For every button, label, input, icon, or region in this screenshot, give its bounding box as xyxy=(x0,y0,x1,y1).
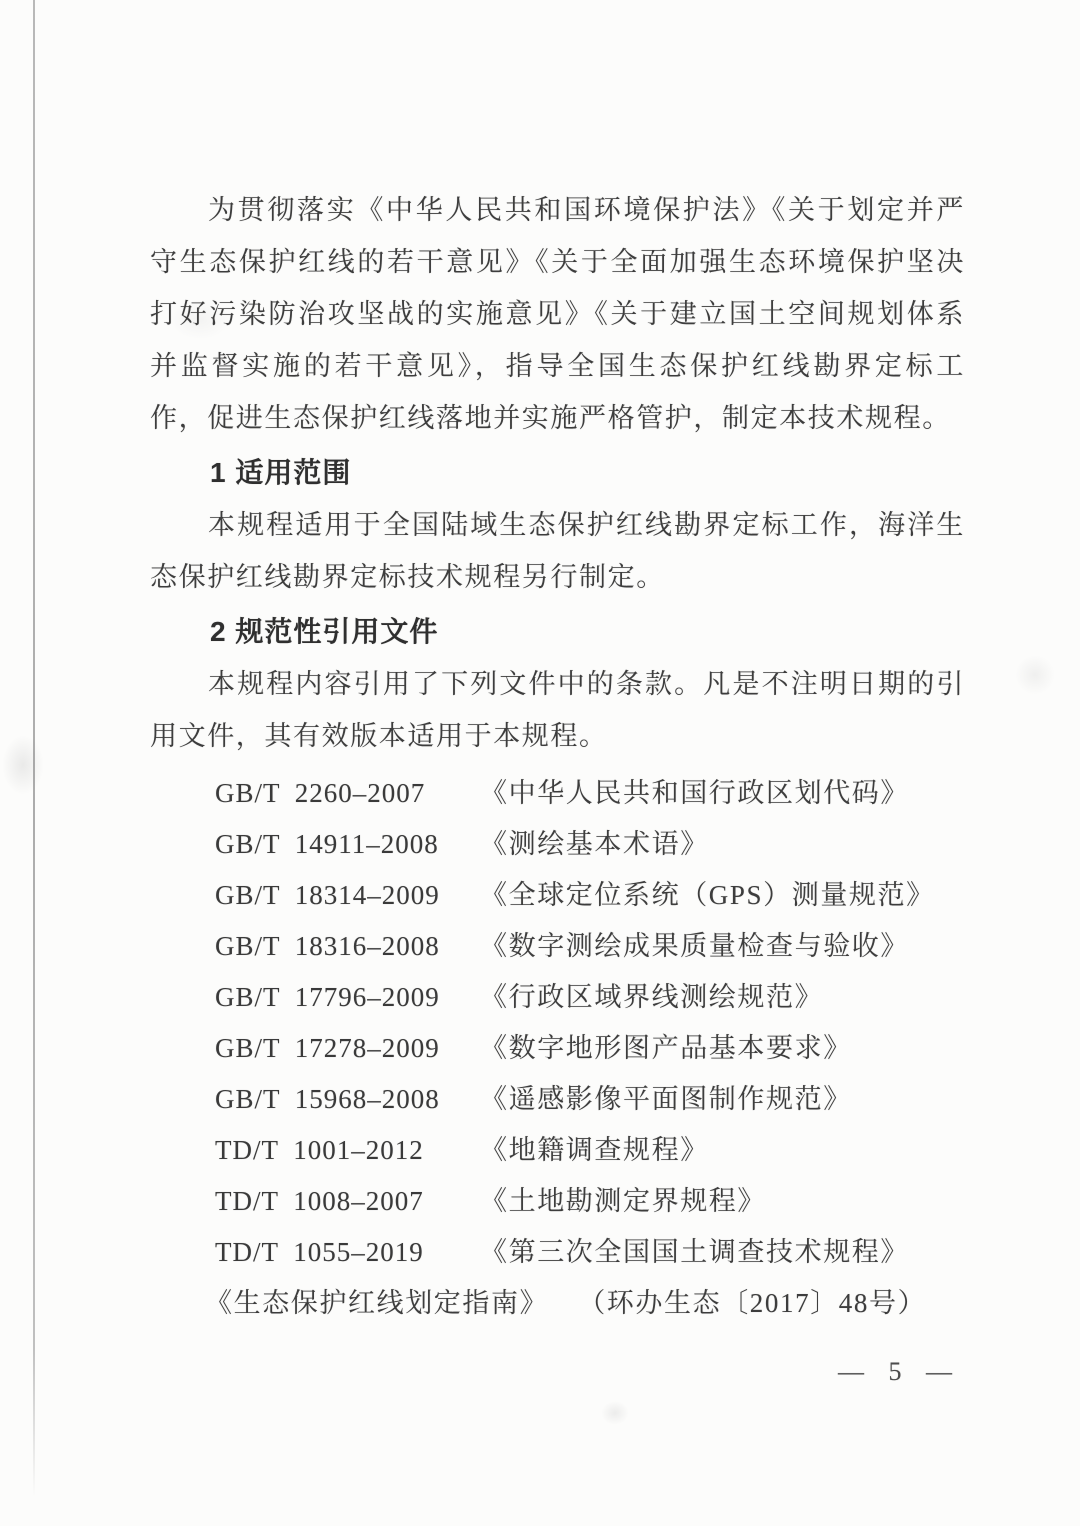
reference-title: 《数字地形图产品基本要求》 xyxy=(480,1023,965,1074)
document-page: 为贯彻落实《中华人民共和国环境保护法》《关于划定并严守生态保护红线的若干意见》《… xyxy=(0,0,1080,1526)
reference-title: 《地籍调查规程》 xyxy=(480,1125,965,1176)
reference-document-number: （环办生态〔2017〕48号） xyxy=(578,1278,926,1329)
reference-row: GB/T 17796–2009 《行政区域界线测绘规范》 xyxy=(150,972,965,1023)
reference-row: GB/T 2260–2007 《中华人民共和国行政区划代码》 xyxy=(150,768,965,819)
scan-smudge xyxy=(2,735,44,795)
reference-code: GB/T 18316–2008 xyxy=(215,921,480,972)
reference-title: 《第三次全国国土调查技术规程》 xyxy=(480,1227,965,1278)
reference-title: 《遥感影像平面图制作规范》 xyxy=(480,1074,965,1125)
document-content: 为贯彻落实《中华人民共和国环境保护法》《关于划定并严守生态保护红线的若干意见》《… xyxy=(150,184,965,1329)
reference-title: 《中华人民共和国行政区划代码》 xyxy=(480,768,965,819)
scan-smudge xyxy=(600,1400,630,1426)
reference-row: GB/T 17278–2009 《数字地形图产品基本要求》 xyxy=(150,1023,965,1074)
section-heading-scope: 1 适用范围 xyxy=(150,447,965,499)
reference-title: 《数字测绘成果质量检查与验收》 xyxy=(480,921,965,972)
reference-code: GB/T 18314–2009 xyxy=(215,870,480,921)
reference-code: GB/T 17278–2009 xyxy=(215,1023,480,1074)
reference-row: GB/T 14911–2008 《测绘基本术语》 xyxy=(150,819,965,870)
reference-row-final: 《生态保护红线划定指南》 （环办生态〔2017〕48号） xyxy=(150,1278,965,1329)
reference-row: TD/T 1008–2007 《土地勘测定界规程》 xyxy=(150,1176,965,1227)
reference-title: 《测绘基本术语》 xyxy=(480,819,965,870)
reference-code: GB/T 17796–2009 xyxy=(215,972,480,1023)
scan-artifact-line xyxy=(33,0,35,1497)
reference-code: GB/T 14911–2008 xyxy=(215,819,480,870)
reference-code: GB/T 15968–2008 xyxy=(215,1074,480,1125)
reference-row: GB/T 18314–2009 《全球定位系统（GPS）测量规范》 xyxy=(150,870,965,921)
reference-title: 《全球定位系统（GPS）测量规范》 xyxy=(480,870,965,921)
reference-title: 《行政区域界线测绘规范》 xyxy=(480,972,965,1023)
section-body-scope: 本规程适用于全国陆域生态保护红线勘界定标工作，海洋生态保护红线勘界定标技术规程另… xyxy=(150,499,965,603)
reference-code: GB/T 2260–2007 xyxy=(215,768,480,819)
reference-list: GB/T 2260–2007 《中华人民共和国行政区划代码》 GB/T 1491… xyxy=(150,768,965,1329)
reference-row: GB/T 15968–2008 《遥感影像平面图制作规范》 xyxy=(150,1074,965,1125)
page-number: — 5 — xyxy=(838,1357,954,1387)
reference-code: TD/T 1008–2007 xyxy=(215,1176,480,1227)
reference-code: TD/T 1001–2012 xyxy=(215,1125,480,1176)
section-heading-normative-references: 2 规范性引用文件 xyxy=(150,606,965,658)
reference-code: TD/T 1055–2019 xyxy=(215,1227,480,1278)
reference-title: 《土地勘测定界规程》 xyxy=(480,1176,965,1227)
section-body-normative-references: 本规程内容引用了下列文件中的条款。凡是不注明日期的引用文件，其有效版本适用于本规… xyxy=(150,658,965,762)
reference-row: TD/T 1055–2019 《第三次全国国土调查技术规程》 xyxy=(150,1227,965,1278)
scan-smudge xyxy=(1015,655,1055,695)
reference-title: 《生态保护红线划定指南》 xyxy=(205,1278,548,1329)
intro-paragraph: 为贯彻落实《中华人民共和国环境保护法》《关于划定并严守生态保护红线的若干意见》《… xyxy=(150,184,965,444)
reference-row: GB/T 18316–2008 《数字测绘成果质量检查与验收》 xyxy=(150,921,965,972)
reference-row: TD/T 1001–2012 《地籍调查规程》 xyxy=(150,1125,965,1176)
